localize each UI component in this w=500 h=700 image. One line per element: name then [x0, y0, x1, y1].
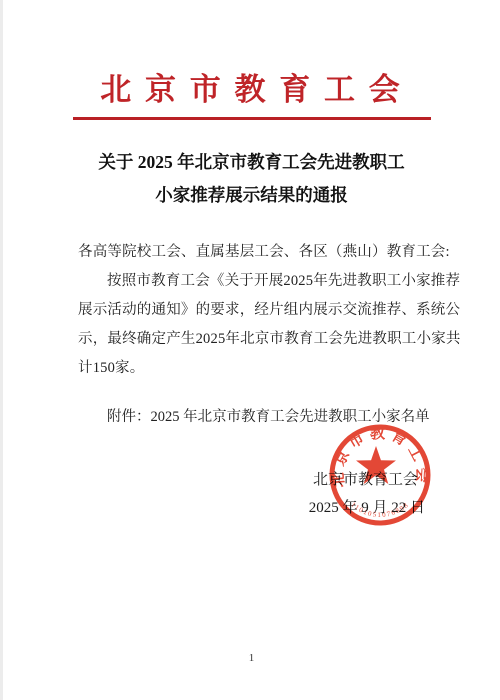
body-line: 展示活动的通知》的要求，经片组内展示交流推荐、系统公: [78, 296, 432, 325]
page-number: 1: [3, 652, 500, 664]
document-body: 各高等院校工会、直属基层工会、各区（燕山）教育工会: 按照市教育工会《关于开展2…: [78, 238, 432, 383]
official-seal-stamp: 北京市教育工会 1101051076898: [310, 405, 450, 545]
document-title-line1: 关于 2025 年北京市教育工会先进教职工: [3, 146, 500, 179]
org-masthead: 北 京 市 教 育 工 会: [3, 70, 500, 110]
body-line: 按照市教育工会《关于开展2025年先进教职工小家推荐: [78, 267, 432, 296]
salutation-line: 各高等院校工会、直属基层工会、各区（燕山）教育工会:: [78, 238, 432, 267]
document-title: 关于 2025 年北京市教育工会先进教职工 小家推荐展示结果的通报: [3, 146, 500, 212]
body-line: 示，最终确定产生2025年北京市教育工会先进教职工小家共: [78, 325, 432, 354]
seal-star-icon: [356, 446, 396, 484]
document-title-line2: 小家推荐展示结果的通报: [3, 179, 500, 212]
body-line: 计150家。: [78, 354, 432, 383]
document-page: 北 京 市 教 育 工 会 关于 2025 年北京市教育工会先进教职工 小家推荐…: [0, 0, 500, 700]
masthead-rule: [73, 117, 431, 120]
seal-ring-text: 北京市教育工会: [330, 425, 432, 488]
